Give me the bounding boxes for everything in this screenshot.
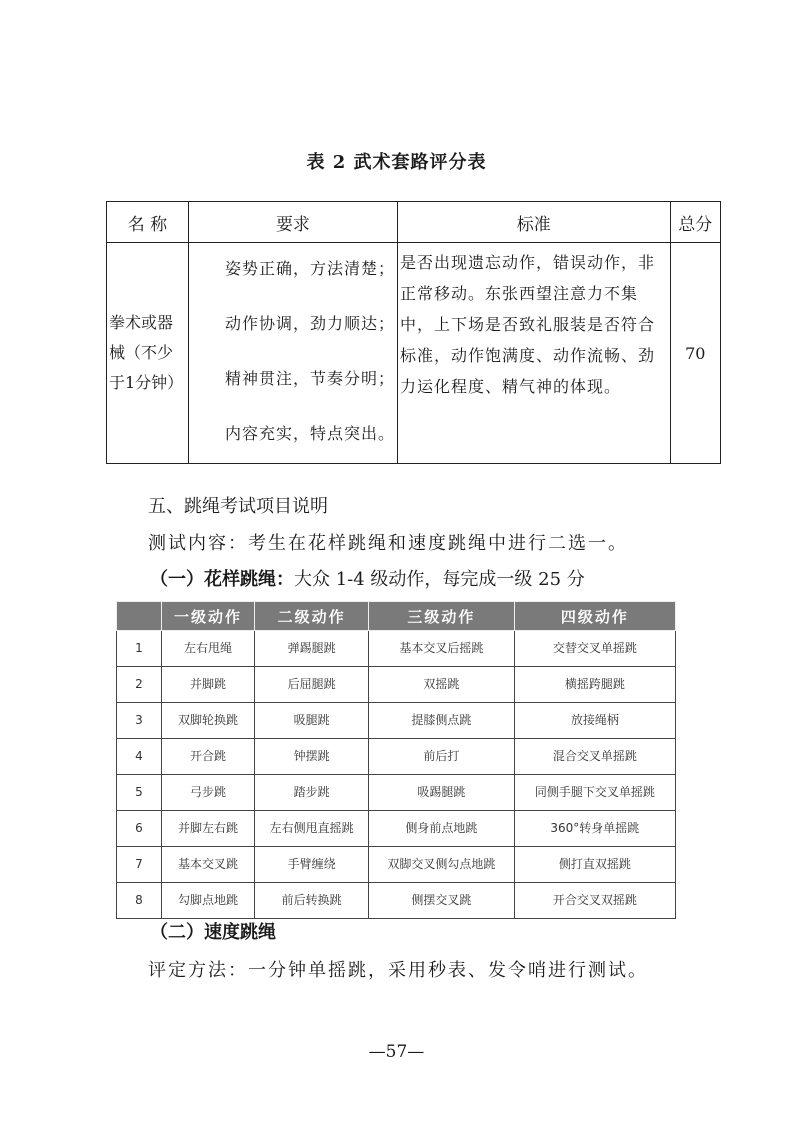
cell: 踏步跳 xyxy=(255,775,369,811)
row-index: 4 xyxy=(117,739,162,775)
cell: 360°转身单摇跳 xyxy=(514,811,675,847)
header-level-2: 二级动作 xyxy=(255,602,369,631)
header-index xyxy=(117,602,162,631)
cell: 手臂缠绕 xyxy=(255,847,369,883)
cell: 基本交叉跳 xyxy=(162,847,255,883)
cell: 前后转换跳 xyxy=(255,883,369,919)
table-header-row: 一级动作 二级动作 三级动作 四级动作 xyxy=(117,602,676,631)
requirements-cell: 姿势正确，方法清楚； 动作协调，劲力顺达； 精神贯注，节奏分明； 内容充实，特点… xyxy=(188,243,397,464)
event-name: 拳术或器械（不少于1分钟） xyxy=(107,243,189,464)
cell: 吸踢腿跳 xyxy=(369,775,515,811)
cell: 同侧手腿下交叉单摇跳 xyxy=(514,775,675,811)
rope-levels-table: 一级动作 二级动作 三级动作 四级动作 1 左右甩绳 弹踢腿跳 基本交叉后摇跳 … xyxy=(116,601,676,919)
cell: 混合交叉单摇跳 xyxy=(514,739,675,775)
cell: 弓步跳 xyxy=(162,775,255,811)
cell: 侧摆交叉跳 xyxy=(369,883,515,919)
cell: 左右甩绳 xyxy=(162,631,255,667)
table-row: 7 基本交叉跳 手臂缠绕 双脚交叉侧勾点地跳 侧打直双摇跳 xyxy=(117,847,676,883)
test-content: 测试内容：考生在花样跳绳和速度跳绳中进行二选一。 xyxy=(148,529,628,555)
cell: 交替交叉单摇跳 xyxy=(514,631,675,667)
requirement-line: 精神贯注，节奏分明； xyxy=(189,353,397,408)
speed-rope-method: 评定方法：一分钟单摇跳，采用秒表、发令哨进行测试。 xyxy=(148,956,648,982)
cell: 并脚左右跳 xyxy=(162,811,255,847)
row-index: 6 xyxy=(117,811,162,847)
table-row: 3 双脚轮换跳 吸腿跳 提膝侧点跳 放接绳柄 xyxy=(117,703,676,739)
cell: 提膝侧点跳 xyxy=(369,703,515,739)
table-row: 6 并脚左右跳 左右侧甩直摇跳 侧身前点地跳 360°转身单摇跳 xyxy=(117,811,676,847)
requirement-line: 内容充实，特点突出。 xyxy=(189,408,397,463)
header-name: 名 称 xyxy=(107,202,189,243)
header-level-1: 一级动作 xyxy=(162,602,255,631)
requirement-line: 动作协调，劲力顺达； xyxy=(189,298,397,353)
cell: 侧打直双摇跳 xyxy=(514,847,675,883)
row-index: 1 xyxy=(117,631,162,667)
header-level-4: 四级动作 xyxy=(514,602,675,631)
cell: 开合交叉双摇跳 xyxy=(514,883,675,919)
total-score: 70 xyxy=(670,243,720,464)
wushu-scoring-table: 名 称 要求 标准 总分 拳术或器械（不少于1分钟） 姿势正确，方法清楚； 动作… xyxy=(106,201,721,464)
cell: 双摇跳 xyxy=(369,667,515,703)
cell: 双脚交叉侧勾点地跳 xyxy=(369,847,515,883)
header-total: 总分 xyxy=(670,202,720,243)
fancy-rope-heading: （一）花样跳绳：大众 1-4 级动作，每完成一级 25 分 xyxy=(150,565,585,591)
standard-cell: 是否出现遗忘动作，错误动作，非正常移动。东张西望注意力不集中，上下场是否致礼服装… xyxy=(397,243,670,464)
table-row: 8 勾脚点地跳 前后转换跳 侧摆交叉跳 开合交叉双摇跳 xyxy=(117,883,676,919)
page-number: —57— xyxy=(0,1042,793,1062)
header-standard: 标准 xyxy=(397,202,670,243)
cell: 前后打 xyxy=(369,739,515,775)
requirement-line: 姿势正确，方法清楚； xyxy=(189,243,397,298)
cell: 吸腿跳 xyxy=(255,703,369,739)
table-row: 2 并脚跳 后屈腿跳 双摇跳 横摇跨腿跳 xyxy=(117,667,676,703)
cell: 放接绳柄 xyxy=(514,703,675,739)
cell: 开合跳 xyxy=(162,739,255,775)
cell: 双脚轮换跳 xyxy=(162,703,255,739)
cell: 侧身前点地跳 xyxy=(369,811,515,847)
table-row: 5 弓步跳 踏步跳 吸踢腿跳 同侧手腿下交叉单摇跳 xyxy=(117,775,676,811)
cell: 后屈腿跳 xyxy=(255,667,369,703)
cell: 钟摆跳 xyxy=(255,739,369,775)
row-index: 8 xyxy=(117,883,162,919)
header-level-3: 三级动作 xyxy=(369,602,515,631)
table-row: 拳术或器械（不少于1分钟） 姿势正确，方法清楚； 动作协调，劲力顺达； 精神贯注… xyxy=(107,243,721,464)
header-requirements: 要求 xyxy=(188,202,397,243)
row-index: 2 xyxy=(117,667,162,703)
cell: 并脚跳 xyxy=(162,667,255,703)
table-row: 4 开合跳 钟摆跳 前后打 混合交叉单摇跳 xyxy=(117,739,676,775)
cell: 勾脚点地跳 xyxy=(162,883,255,919)
table2-title: 表 2 武术套路评分表 xyxy=(0,148,793,174)
cell: 基本交叉后摇跳 xyxy=(369,631,515,667)
cell: 弹踢腿跳 xyxy=(255,631,369,667)
cell: 横摇跨腿跳 xyxy=(514,667,675,703)
table-row: 1 左右甩绳 弹踢腿跳 基本交叉后摇跳 交替交叉单摇跳 xyxy=(117,631,676,667)
section5-heading: 五、跳绳考试项目说明 xyxy=(148,492,328,518)
row-index: 3 xyxy=(117,703,162,739)
speed-rope-heading: （二）速度跳绳 xyxy=(150,918,276,944)
row-index: 7 xyxy=(117,847,162,883)
fancy-rope-text: 大众 1-4 级动作，每完成一级 25 分 xyxy=(294,569,585,590)
row-index: 5 xyxy=(117,775,162,811)
table-header-row: 名 称 要求 标准 总分 xyxy=(107,202,721,243)
cell: 左右侧甩直摇跳 xyxy=(255,811,369,847)
fancy-rope-label: （一）花样跳绳： xyxy=(150,569,294,590)
